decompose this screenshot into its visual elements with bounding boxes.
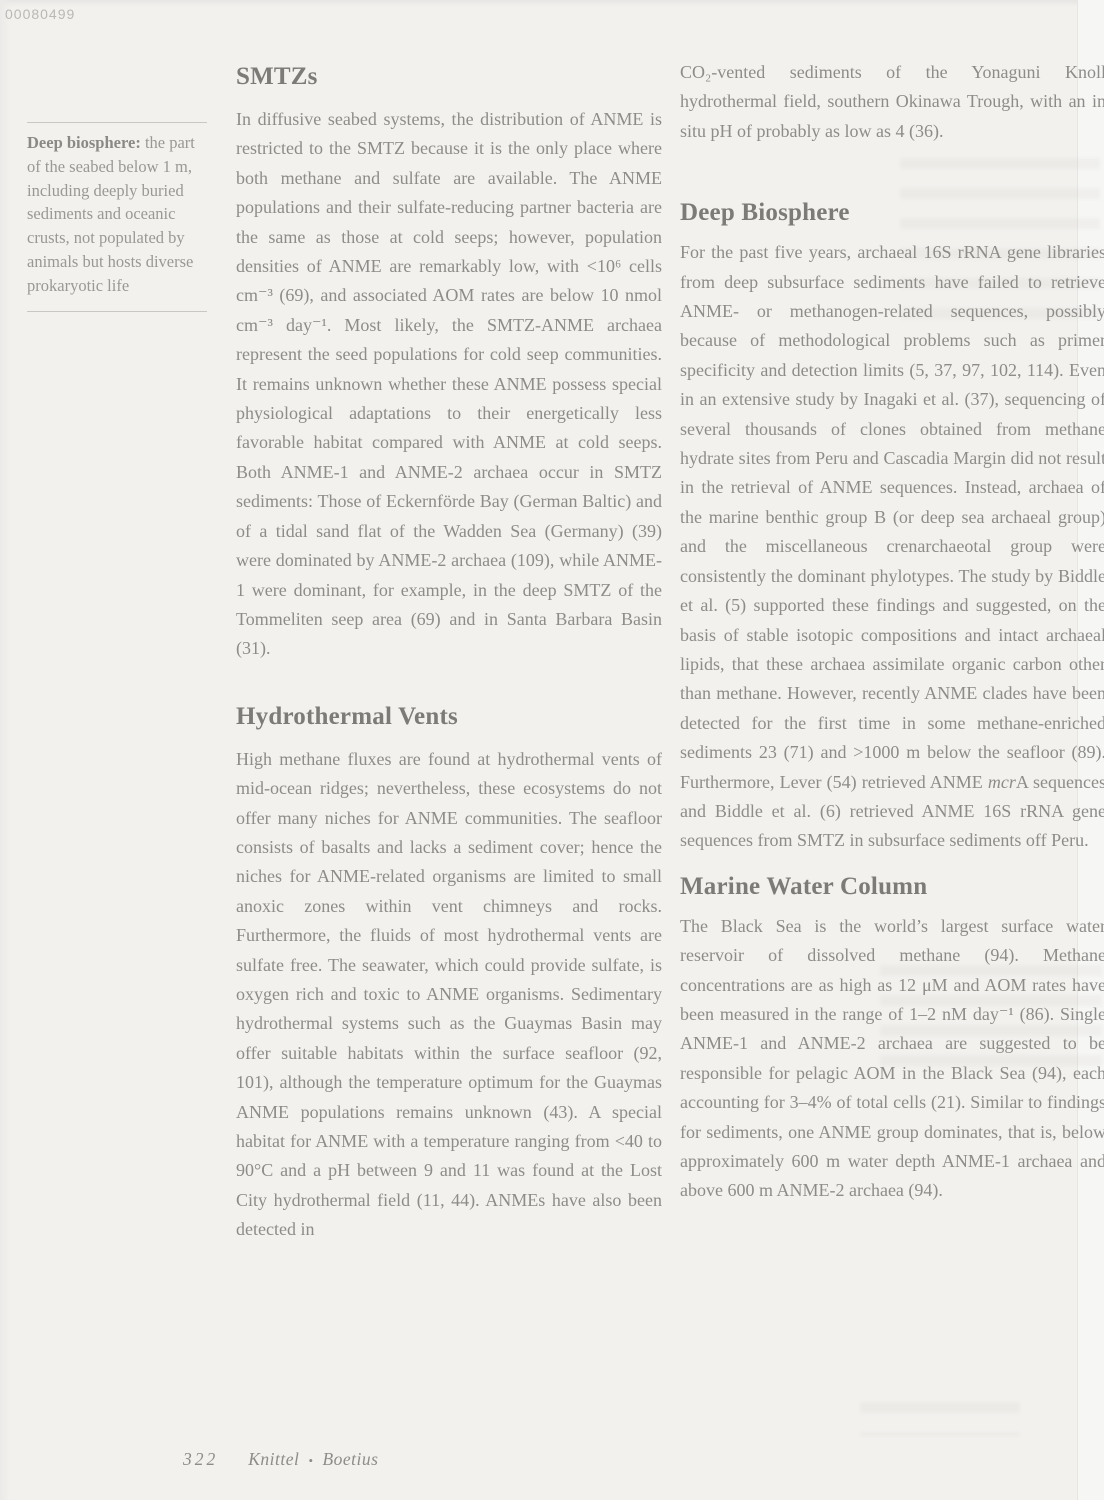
running-title: Knittel•Boetius	[248, 1449, 378, 1470]
page-footer: 322 Knittel•Boetius	[183, 1449, 378, 1470]
section-heading-hydrothermal-vents: Hydrothermal Vents	[236, 702, 662, 732]
scan-edge-top	[0, 0, 1104, 7]
paragraph-co2-vented-continuation: CO₂-vented sediments of the Yonaguni Kno…	[680, 58, 1104, 146]
showthrough-artifact	[860, 1392, 1020, 1436]
right-text-column: CO₂-vented sediments of the Yonaguni Kno…	[680, 58, 1104, 1206]
margin-note-term: Deep biosphere:	[27, 133, 141, 152]
scan-edge-left	[0, 0, 10, 1500]
paragraph-deep-biosphere: For the past five years, archaeal 16S rR…	[680, 238, 1104, 856]
footer-bullet-separator: •	[308, 1453, 313, 1468]
paragraph-marine-water-column: The Black Sea is the world’s largest sur…	[680, 912, 1104, 1206]
paragraph-hydrothermal-vents: High methane fluxes are found at hydroth…	[236, 745, 662, 1245]
scan-number: 00080499	[5, 6, 75, 22]
scanned-paper-page: 00080499 Deep biosphere: the part of the…	[0, 0, 1104, 1500]
section-heading-smtzs: SMTZs	[236, 62, 662, 92]
left-text-column: SMTZs In diffusive seabed systems, the d…	[236, 62, 662, 1245]
section-heading-marine-water-column: Marine Water Column	[680, 872, 1104, 902]
running-title-author-2: Boetius	[322, 1449, 378, 1469]
running-title-author-1: Knittel	[248, 1449, 299, 1469]
margin-definition-note: Deep biosphere: the part of the seabed b…	[27, 122, 207, 312]
page-number: 322	[183, 1449, 218, 1470]
paragraph-smtzs: In diffusive seabed systems, the distrib…	[236, 105, 662, 664]
margin-note-definition: the part of the seabed below 1 m, includ…	[27, 133, 195, 295]
section-heading-deep-biosphere: Deep Biosphere	[680, 198, 1104, 228]
